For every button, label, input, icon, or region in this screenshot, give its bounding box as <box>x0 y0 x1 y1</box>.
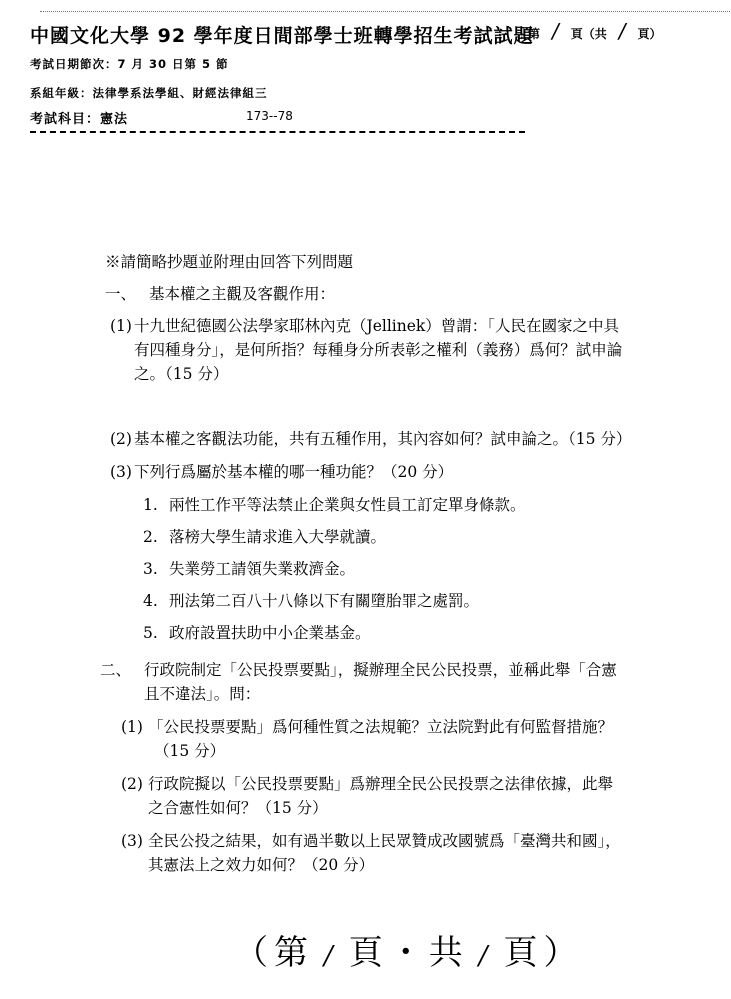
scan-dotted-line <box>40 11 730 12</box>
page-current: / <box>552 19 559 43</box>
question-line: 之合憲性如何？（15 分） <box>121 796 613 820</box>
page-indicator: 第/頁（共/頁） <box>528 19 662 43</box>
department: 系組年級：法律學系法學組、財經法律組三 <box>30 85 268 101</box>
footer-open: （第 <box>234 933 314 973</box>
sub-item-5: 5.政府設置扶助中小企業基金。 <box>143 621 371 645</box>
section-label: 二、 <box>100 658 144 682</box>
question-line: 全民公投之結果，如有過半數以上民眾贊成改國號爲「臺灣共和國」， <box>148 832 621 850</box>
question-label: (3) <box>121 829 148 853</box>
footer-close: 頁） <box>504 933 584 973</box>
question-line: 行政院擬以「公民投票要點」爲辦理全民公民投票之法律依據，此舉 <box>148 775 613 793</box>
question-1-3: (3)下列行爲屬於基本權的哪一種功能？（20 分） <box>110 460 453 484</box>
sub-item-text: 失業勞工請領失業救濟金。 <box>169 560 355 578</box>
question-label: (1) <box>110 314 134 338</box>
question-line: 之。（15 分） <box>110 362 622 386</box>
section-line: 且不違法」。問： <box>100 682 617 706</box>
question-line: 其憲法上之效力如何？（20 分） <box>121 853 621 877</box>
footer-middle: 頁・共 <box>349 933 469 973</box>
page-prefix: 第 <box>528 27 540 41</box>
question-label: (2) <box>110 427 134 451</box>
question-line: 下列行爲屬於基本權的哪一種功能？（20 分） <box>134 463 453 481</box>
section-label: 一、 <box>105 285 136 303</box>
exam-datetime: 考試日期節次：7 月 30 日第 5 節 <box>30 56 229 72</box>
question-2-1: (1)「公民投票要點」爲何種性質之法規範？立法院對此有何監督措施？ （15 分） <box>121 715 613 763</box>
question-line: 十九世紀德國公法學家耶林內克（Jellinek）曾謂：「人民在國家之中具 <box>134 317 619 335</box>
page-footer: （第/頁・共/頁） <box>234 925 584 974</box>
question-2-3: (3)全民公投之結果，如有過半數以上民眾贊成改國號爲「臺灣共和國」， 其憲法上之… <box>121 829 621 877</box>
sub-item-text: 政府設置扶助中小企業基金。 <box>169 624 371 642</box>
question-1-2: (2)基本權之客觀法功能，共有五種作用，其內容如何？試申論之。（15 分） <box>110 427 631 451</box>
sub-item-4: 4.刑法第二百八十八條以下有關墮胎罪之處罰。 <box>143 589 479 613</box>
question-2-2: (2)行政院擬以「公民投票要點」爲辦理全民公民投票之法律依據，此舉 之合憲性如何… <box>121 772 613 820</box>
question-label: (3) <box>110 460 134 484</box>
exam-title: 中國文化大學 92 學年度日間部學士班轉學招生考試試題 <box>30 21 534 48</box>
sub-item-text: 落榜大學生請求進入大學就讀。 <box>169 528 386 546</box>
section-1-heading: 一、 基本權之主觀及客觀作用： <box>105 282 335 306</box>
question-label: (2) <box>121 772 148 796</box>
sub-item-label: 4. <box>143 589 169 613</box>
sub-item-text: 刑法第二百八十八條以下有關墮胎罪之處罰。 <box>169 592 479 610</box>
sub-item-label: 1. <box>143 493 169 517</box>
question-label: (1) <box>121 715 148 739</box>
instructions: ※請簡略抄題並附理由回答下列問題 <box>105 250 353 274</box>
footer-total: / <box>479 941 494 971</box>
page-suffix: 頁） <box>638 27 662 41</box>
sub-item-1: 1.兩性工作平等法禁止企業與女性員工訂定單身條款。 <box>143 493 526 517</box>
page-total: / <box>619 19 626 43</box>
page-middle: 頁（共 <box>571 27 607 41</box>
question-line: 有四種身分」，是何所指？每種身分所表彰之權利（義務）爲何？試申論 <box>110 338 622 362</box>
sub-item-label: 5. <box>143 621 169 645</box>
sub-item-3: 3.失業勞工請領失業救濟金。 <box>143 557 355 581</box>
question-line: 基本權之客觀法功能，共有五種作用，其內容如何？試申論之。（15 分） <box>134 430 631 448</box>
subject-code: 173--78 <box>246 109 293 123</box>
question-line: 「公民投票要點」爲何種性質之法規範？立法院對此有何監督措施？ <box>148 718 613 736</box>
section-title: 基本權之主觀及客觀作用： <box>149 285 335 303</box>
sub-item-label: 2. <box>143 525 169 549</box>
section-2-heading: 二、行政院制定「公民投票要點」，擬辦理全民公民投票，並稱此舉「合憲 且不違法」。… <box>100 658 617 706</box>
question-line: （15 分） <box>121 739 613 763</box>
header-divider <box>30 131 525 133</box>
sub-item-2: 2.落榜大學生請求進入大學就讀。 <box>143 525 386 549</box>
sub-item-text: 兩性工作平等法禁止企業與女性員工訂定單身條款。 <box>169 496 526 514</box>
subject: 考試科目：憲法 <box>30 108 128 127</box>
question-1-1: (1)十九世紀德國公法學家耶林內克（Jellinek）曾謂：「人民在國家之中具 … <box>110 314 622 386</box>
sub-item-label: 3. <box>143 557 169 581</box>
section-line: 行政院制定「公民投票要點」，擬辦理全民公民投票，並稱此舉「合憲 <box>144 661 617 679</box>
footer-current: / <box>324 941 339 971</box>
